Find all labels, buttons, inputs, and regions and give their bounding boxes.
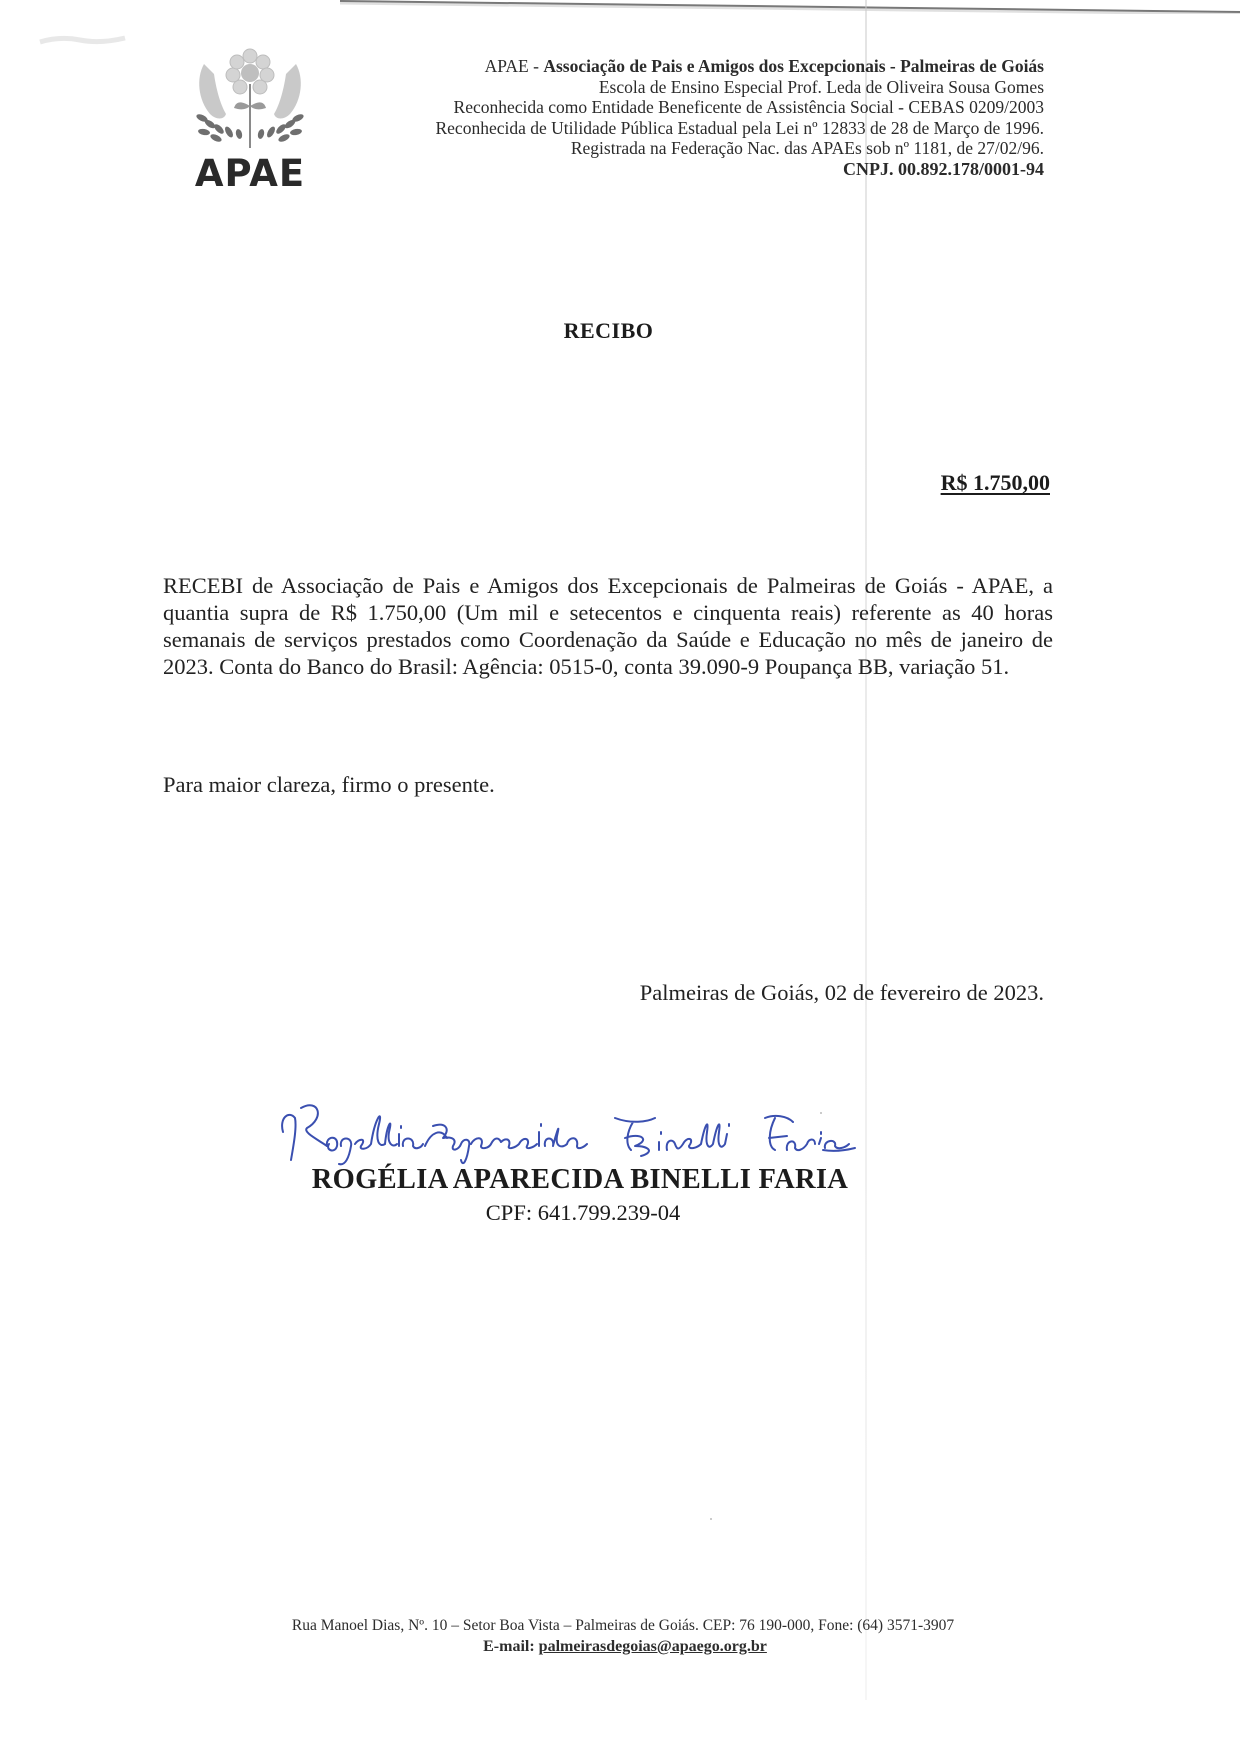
document-title: RECIBO — [0, 318, 1217, 344]
flower-hands-laurel-icon — [190, 44, 310, 152]
receipt-amount: R$ 1.750,00 — [941, 470, 1050, 496]
scan-fold-line — [865, 0, 867, 1700]
footer-email: E-mail: palmeirasdegoias@apaego.org.br — [0, 1638, 1240, 1656]
apae-logo: APAE — [190, 44, 310, 194]
scan-smudge — [30, 28, 130, 50]
scan-edge-line — [340, 0, 1240, 14]
receipt-body: RECEBI de Associação de Pais e Amigos do… — [163, 572, 1053, 680]
cebas-line: Reconhecida como Entidade Beneficente de… — [435, 97, 1044, 118]
closing-statement: Para maior clareza, firmo o presente. — [163, 772, 495, 798]
handwritten-signature — [275, 1088, 1055, 1168]
school-name: Escola de Ensino Especial Prof. Leda de … — [435, 77, 1044, 98]
scan-speck — [710, 1518, 712, 1520]
signer-cpf: CPF: 641.799.239-04 — [0, 1200, 1240, 1226]
public-utility-line: Reconhecida de Utilidade Pública Estadua… — [435, 118, 1044, 139]
place-and-date: Palmeiras de Goiás, 02 de fevereiro de 2… — [640, 980, 1044, 1006]
signer-name: ROGÉLIA APARECIDA BINELLI FARIA — [0, 1164, 1240, 1196]
email-label: E-mail: — [483, 1638, 539, 1655]
cnpj: CNPJ. 00.892.178/0001-94 — [435, 159, 1044, 180]
logo-wordmark: APAE — [190, 152, 310, 195]
footer-address: Rua Manoel Dias, Nº. 10 – Setor Boa Vist… — [0, 1617, 1240, 1635]
federation-registration-line: Registrada na Federação Nac. das APAEs s… — [435, 138, 1044, 159]
letterhead-info: APAE - Associação de Pais e Amigos dos E… — [435, 56, 1044, 179]
org-name: APAE - Associação de Pais e Amigos dos E… — [435, 56, 1044, 77]
email-link[interactable]: palmeirasdegoias@apaego.org.br — [539, 1638, 767, 1655]
